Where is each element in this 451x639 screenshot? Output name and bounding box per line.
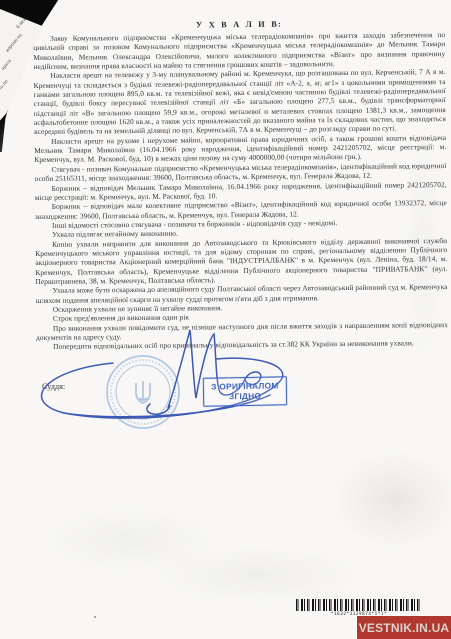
ruling-paragraph: Накласти арешт на телевежу у 3-му планув…	[33, 67, 446, 136]
fold-text-fragment: воронн на	[5, 33, 24, 54]
fold-text-fragment: орила	[0, 58, 13, 72]
ruling-paragraph: Накласти арешт на рухоме і нерухоме майн…	[34, 133, 446, 165]
ruling-paragraphs: Заяву Комунального підприємства «Кременч…	[33, 30, 448, 352]
ruling-heading: У Х В А Л И В:	[33, 18, 445, 31]
scan-speck	[94, 616, 96, 618]
ruling-paragraph: Заяву Комунального підприємства «Кременч…	[33, 30, 445, 71]
fold-text-fragment: та по	[0, 79, 10, 92]
stamp-line2: ЗГІДНО	[229, 391, 262, 401]
ruling-paragraph: Копію ухвали направити для виконання до …	[35, 236, 447, 287]
scan-smudge	[40, 505, 220, 575]
scan-smudge	[150, 545, 370, 605]
watermark-badge: VESTNIK.IN.UA	[357, 616, 451, 639]
scan-smudge	[330, 450, 451, 550]
certification-stamp: З ОРИГІНАЛОМ ЗГІДНО	[203, 376, 287, 406]
barcode: *1632*3129874*1*1*	[296, 599, 422, 616]
court-ruling-text: У Х В А Л И В: Заяву Комунального підпри…	[33, 18, 448, 352]
barcode-bars	[296, 599, 422, 611]
